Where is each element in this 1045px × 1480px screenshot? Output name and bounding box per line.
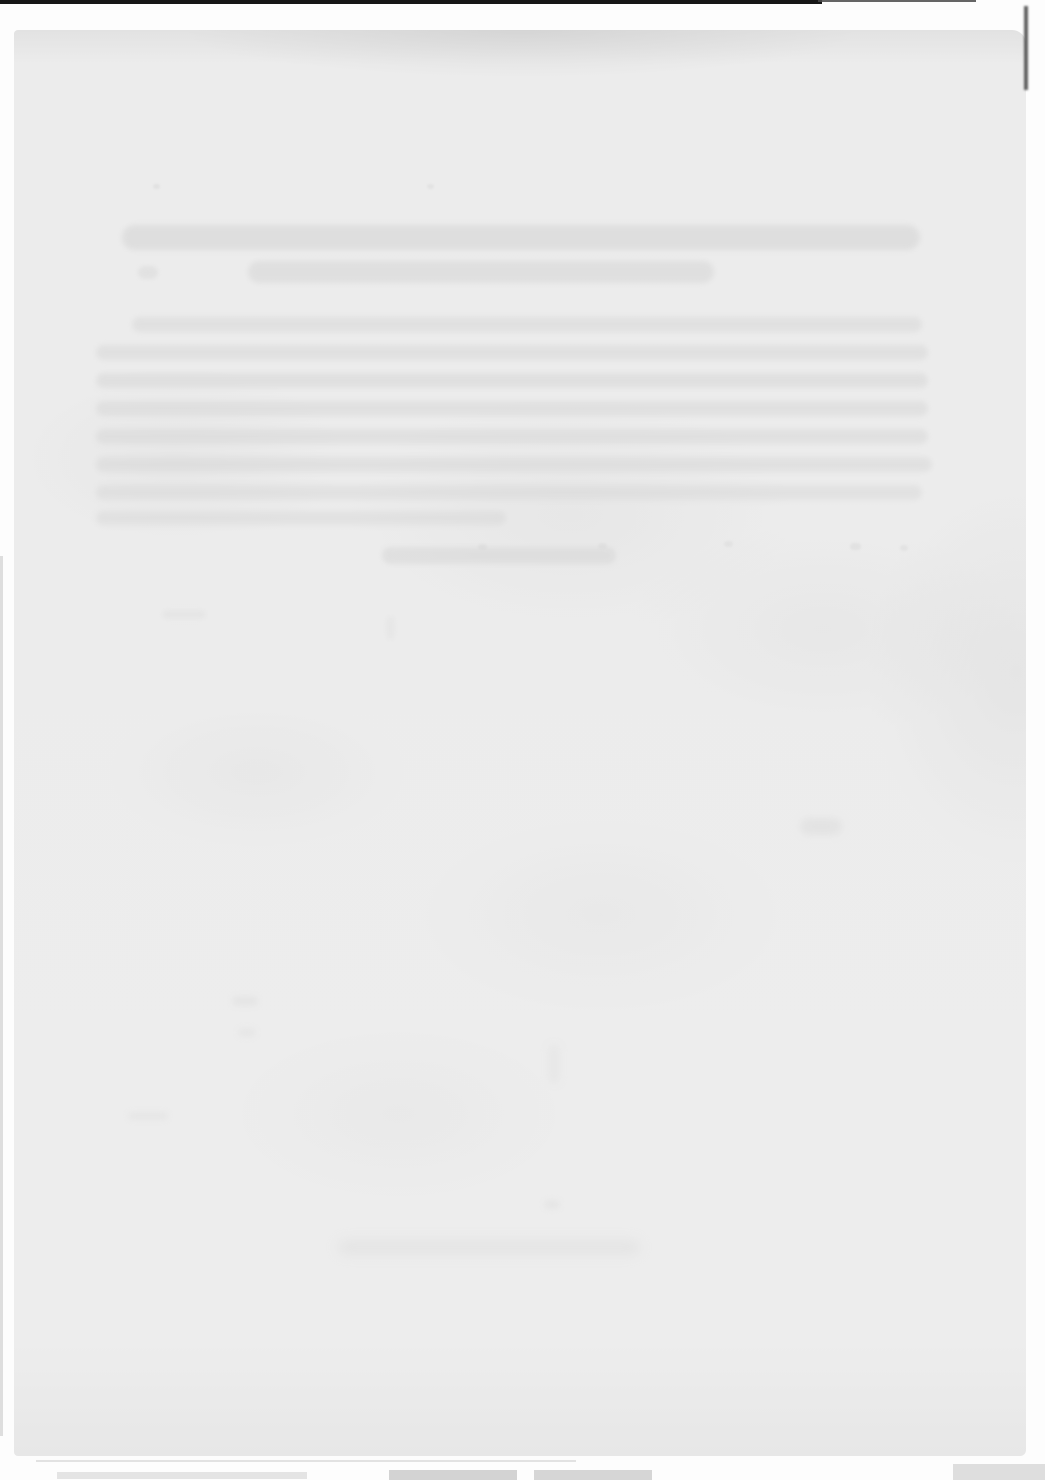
bottom-edge-block: [534, 1470, 652, 1480]
top-right-edge-line: [1024, 6, 1028, 90]
bottom-edge-block: [953, 1464, 1045, 1480]
top-edge-black-bar: [0, 0, 822, 4]
bottom-edge-block: [389, 1470, 517, 1480]
left-edge-strip: [0, 556, 3, 1436]
scanned-page: [14, 30, 1026, 1456]
top-edge-bar-tail: [818, 0, 976, 2]
scan-canvas: [0, 0, 1045, 1480]
bottom-edge-line: [36, 1460, 576, 1462]
bottom-edge-block: [57, 1472, 307, 1479]
